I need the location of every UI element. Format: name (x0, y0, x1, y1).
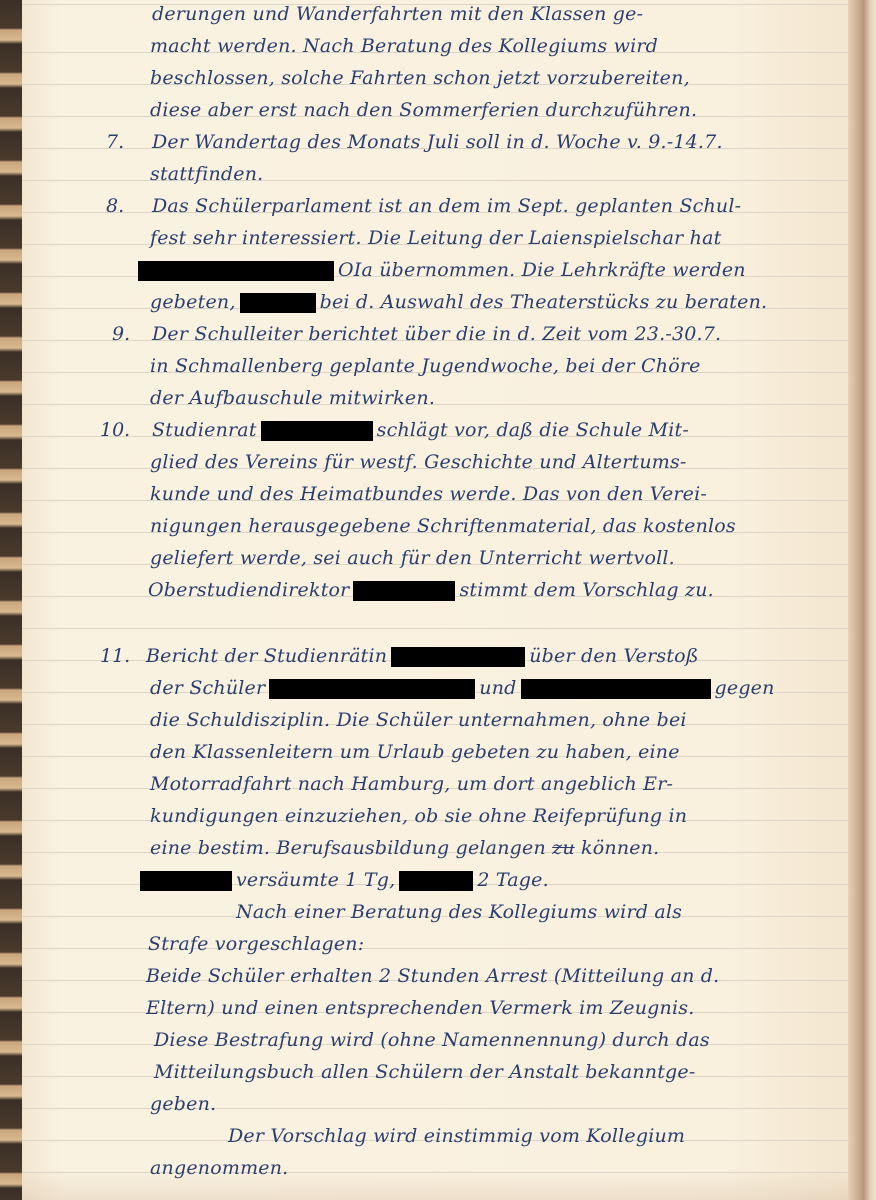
text-line: der Aufbauschule mitwirken. (150, 386, 435, 410)
item-number-11: 11. (100, 644, 130, 668)
text-segment: bei d. Auswahl des Theaterstücks zu bera… (320, 291, 768, 313)
text-line: der Schülerundgegen (150, 676, 775, 700)
text-line: Strafe vorgeschlagen: (148, 932, 364, 956)
text-line: diese aber erst nach den Sommerferien du… (150, 98, 697, 122)
text-line: Beide Schüler erhalten 2 Stunden Arrest … (146, 964, 719, 988)
text-line: Oberstudiendirektorstimmt dem Vorschlag … (148, 578, 714, 602)
redaction-bar (391, 647, 525, 667)
text-line: kunde und des Heimatbundes werde. Das vo… (150, 482, 707, 506)
text-line: die Schuldisziplin. Die Schüler unternah… (150, 708, 687, 732)
text-line: fest sehr interessiert. Die Leitung der … (150, 226, 721, 250)
text-line: glied des Vereins für westf. Geschichte … (150, 450, 687, 474)
text-line: den Klassenleitern um Urlaub gebeten zu … (150, 740, 680, 764)
text-line: macht werden. Nach Beratung des Kollegiu… (150, 34, 658, 58)
item-number-10: 10. (100, 418, 130, 442)
text-line: Mitteilungsbuch allen Schülern der Ansta… (154, 1060, 695, 1084)
redaction-bar (269, 679, 475, 699)
text-segment: gebeten, (150, 291, 236, 313)
redaction-bar (261, 421, 373, 441)
redaction-bar (140, 871, 232, 891)
redaction-bar (399, 871, 473, 891)
text-segment: gegen (715, 677, 775, 699)
text-segment: eine bestim. Berufsausbildung gelangen (150, 837, 546, 859)
text-segment: 2 Tage. (477, 869, 549, 891)
text-line: Bericht der Studienrätinüber den Verstoß (146, 644, 699, 668)
text-line: kundigungen einzuziehen, ob sie ohne Rei… (150, 804, 687, 828)
text-line: nigungen herausgegebene Schriftenmateria… (150, 514, 736, 538)
text-line: Das Schülerparlament ist an dem im Sept.… (152, 194, 741, 218)
text-segment: über den Verstoß (529, 645, 698, 667)
item-number-7: 7. (106, 130, 124, 154)
text-line: derungen und Wanderfahrten mit den Klass… (152, 2, 643, 26)
handwritten-minutes: derungen und Wanderfahrten mit den Klass… (0, 0, 876, 1200)
struck-text: zu (552, 837, 575, 859)
text-line: Der Vorschlag wird einstimmig vom Kolleg… (228, 1124, 685, 1148)
text-line: eine bestim. Berufsausbildung gelangen z… (150, 836, 659, 860)
text-segment: stimmt dem Vorschlag zu. (459, 579, 713, 601)
text-line: Nach einer Beratung des Kollegiums wird … (236, 900, 682, 924)
text-segment: der Schüler (150, 677, 265, 699)
text-segment: schlägt vor, daß die Schule Mit- (377, 419, 689, 441)
text-line: Diese Bestrafung wird (ohne Namennennung… (154, 1028, 710, 1052)
text-line: beschlossen, solche Fahrten schon jetzt … (150, 66, 690, 90)
text-line: Studienratschlägt vor, daß die Schule Mi… (152, 418, 689, 442)
text-line: Motorradfahrt nach Hamburg, um dort ange… (150, 772, 673, 796)
text-line: OIa übernommen. Die Lehrkräfte werden (138, 258, 746, 282)
text-segment: und (479, 677, 516, 699)
text-segment: OIa übernommen. Die Lehrkräfte werden (338, 259, 746, 281)
text-line: gebeten,bei d. Auswahl des Theaterstücks… (150, 290, 767, 314)
redaction-bar (353, 581, 455, 601)
redaction-bar (138, 261, 334, 281)
text-segment: Bericht der Studienrätin (146, 645, 387, 667)
text-segment: versäumte 1 Tg, (236, 869, 395, 891)
text-line: Der Wandertag des Monats Juli soll in d.… (152, 130, 723, 154)
text-line: stattfinden. (150, 162, 263, 186)
text-segment: können. (581, 837, 659, 859)
text-line: Eltern) und einen entsprechenden Vermerk… (146, 996, 694, 1020)
text-line: Der Schulleiter berichtet über die in d.… (152, 322, 721, 346)
text-line: geben. (150, 1092, 216, 1116)
text-line: in Schmallenberg geplante Jugendwoche, b… (150, 354, 701, 378)
redaction-bar (240, 293, 316, 313)
item-number-9: 9. (112, 322, 130, 346)
text-line: geliefert werde, sei auch für den Unterr… (150, 546, 675, 570)
text-line: versäumte 1 Tg,2 Tage. (140, 868, 549, 892)
item-number-8: 8. (106, 194, 124, 218)
redaction-bar (521, 679, 711, 699)
text-segment: Oberstudiendirektor (148, 579, 349, 601)
text-line: angenommen. (150, 1156, 288, 1180)
text-segment: Studienrat (152, 419, 257, 441)
